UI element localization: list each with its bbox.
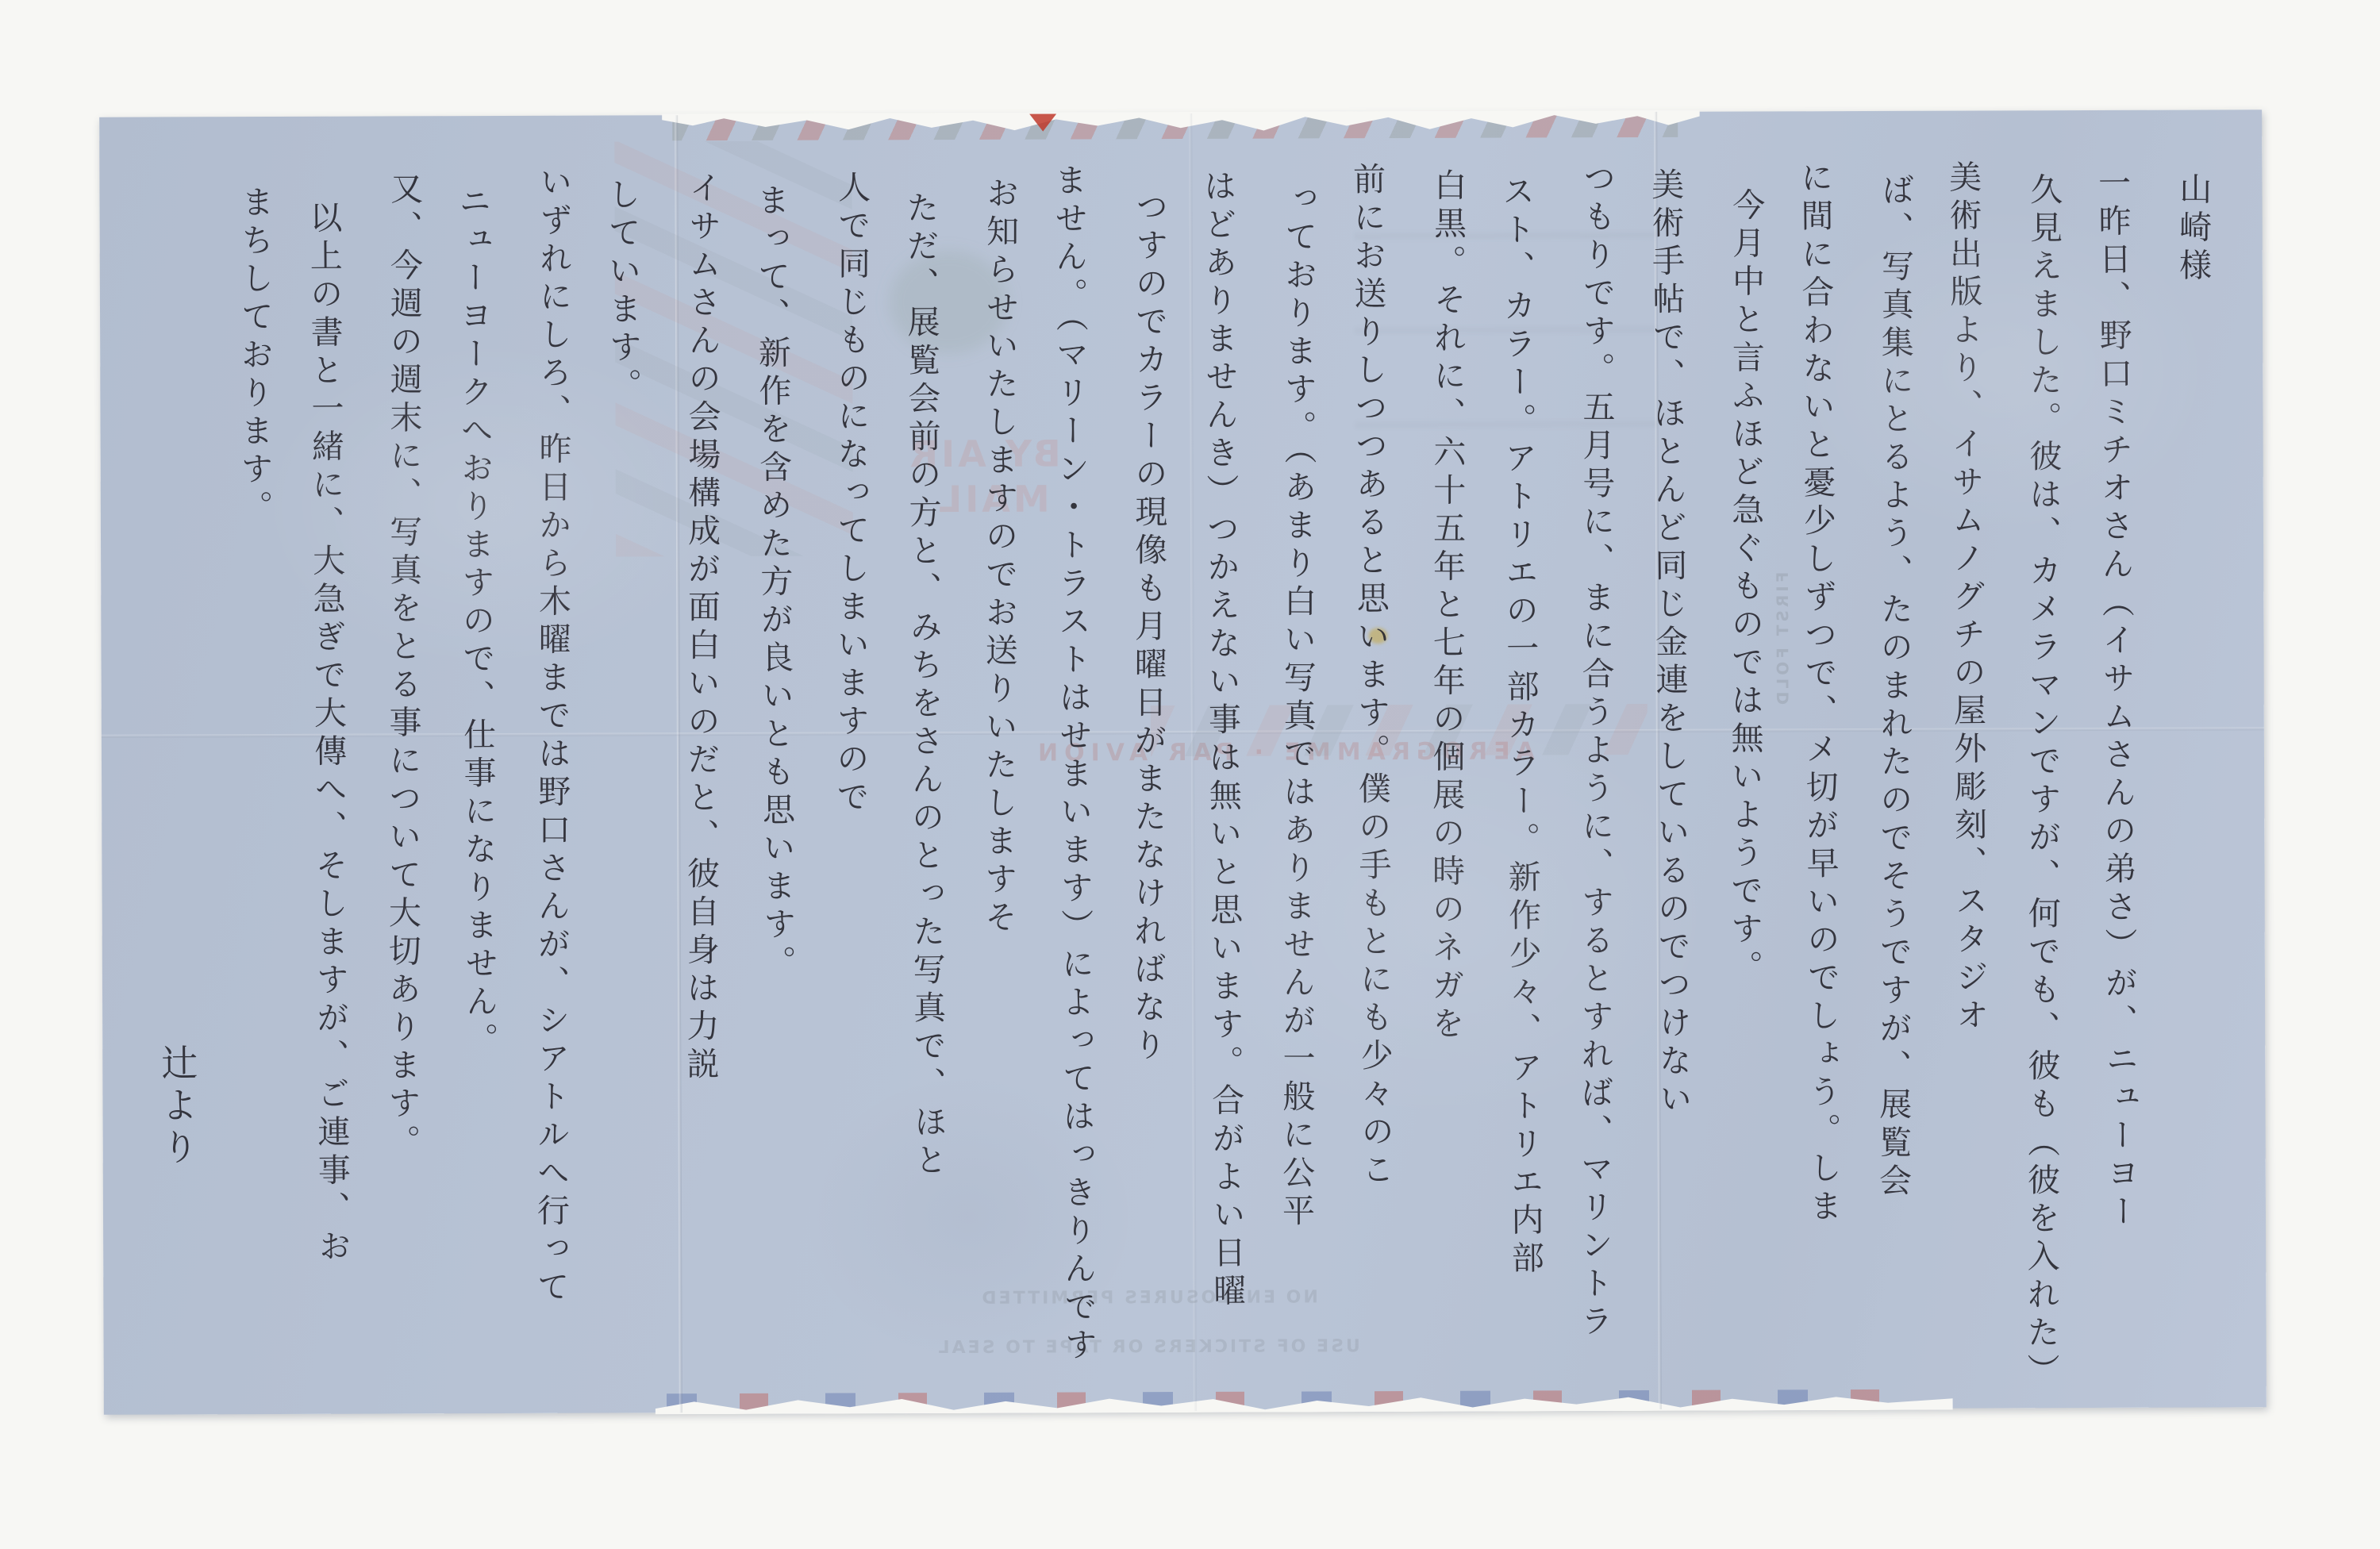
torn-edge-bottom — [656, 1391, 1953, 1415]
letter-column-12: 前にお送りしつつあると思います。僕の手もとにも少々のこ — [1348, 162, 1393, 1348]
letter-column-24: ニューヨークへおりますので、仕事になりません。 — [455, 184, 499, 1351]
torn-edge-top — [662, 110, 1700, 135]
letter-column-21: イサムさんの会場構成が面白いのだと、彼自身は力説 — [682, 171, 719, 1351]
letter-column-3: 久見えました。彼は、カメラマンですが、何でも、彼も（彼を入れた） — [2023, 172, 2060, 1346]
airmail-red-chevron-fragment — [1029, 114, 1056, 132]
letter-column-8: 美術手帖で、ほとんど同じ金連をしているのでつけない — [1647, 167, 1691, 1347]
letter-signature-column: 辻より — [157, 1044, 198, 1352]
letter-column-6: に間に合わないと憂少しずつで、メ切が早いのでしょう。しま — [1796, 160, 1840, 1347]
letter-column-5: ば、写真集にとるよう、たのまれたのでそうですが、展覧会 — [1874, 173, 1912, 1347]
letter-column-7: 今月中と言ふほど急ぐものでは無いようです。 — [1725, 187, 1763, 1347]
letter-column-2: 一昨日、野口ミチオさん（イサムさんの弟さ）が、ニューヨー — [2094, 166, 2139, 1346]
airmail-stripes-top-edge — [672, 112, 1678, 140]
letter-column-20: まって、新作を含めた方が良いとも思います。 — [752, 183, 797, 1351]
letter-column-17: お知らせいたしますのでお送りいたしますそ — [980, 176, 1017, 1350]
letter-column-16: ません。（マリーン・トラストはせまいます）によってはっきりんです — [1051, 163, 1095, 1349]
letter-column-11: 白黒。それに、六十五年と七年の個展の時のネガを — [1427, 168, 1464, 1348]
letter-column-23: いずれにしろ、昨日から木曜までは野口さんが、シアトルへ行って — [533, 165, 570, 1351]
letter-column-19: 人で同じものになってしまいますので — [831, 170, 868, 1350]
letter-column-4: 美術出版より、イサムノグチの屋外彫刻、スタジオ — [1945, 160, 1990, 1346]
letter-body: 山崎様 一昨日、野口ミチオさん（イサムさんの弟さ）が、ニューヨー 久見えました。… — [155, 156, 2210, 1352]
letter-column-9: つもりです。五月号に、まに合うように、するとすれば、マリントラ — [1576, 161, 1613, 1347]
letter-column-18: ただ、展覧会前の方と、みちをさんのとった写真で、ほと — [902, 190, 946, 1350]
scanned-letter-image: AEROGRAMME · PAR AVION FIRST FOLD NO ENC… — [0, 0, 2380, 1549]
letter-column-26: 以上の書と一緒に、大急ぎで大傳へ、そしますが、ご連事、お — [306, 201, 350, 1352]
letter-recipient-column: 山崎様 — [2172, 172, 2209, 1346]
letter-column-13: っております。（あまり白い写真ではありませんが一般に公平 — [1278, 181, 1315, 1348]
letter-column-27: まちしております。 — [234, 185, 271, 1352]
letter-column-25: 又、今週の週末に、写真をとる事について大切あります。 — [383, 171, 421, 1351]
letter-column-10: スト、カラー。アトリエの一部カラー。新作少々、アトリエ内部 — [1498, 174, 1542, 1347]
letter-column-22: しています。 — [603, 177, 648, 1351]
letter-column-15: つすのでカラーの現像も月曜日がまたなければなり — [1128, 190, 1166, 1349]
aerogramme-sheet: AEROGRAMME · PAR AVION FIRST FOLD NO ENC… — [99, 110, 2267, 1415]
airmail-stripes-bottom-edge — [666, 1389, 1921, 1413]
letter-column-14: はどありませんき）つかえない事は無いと思います。合がよい日曜 — [1200, 169, 1244, 1349]
